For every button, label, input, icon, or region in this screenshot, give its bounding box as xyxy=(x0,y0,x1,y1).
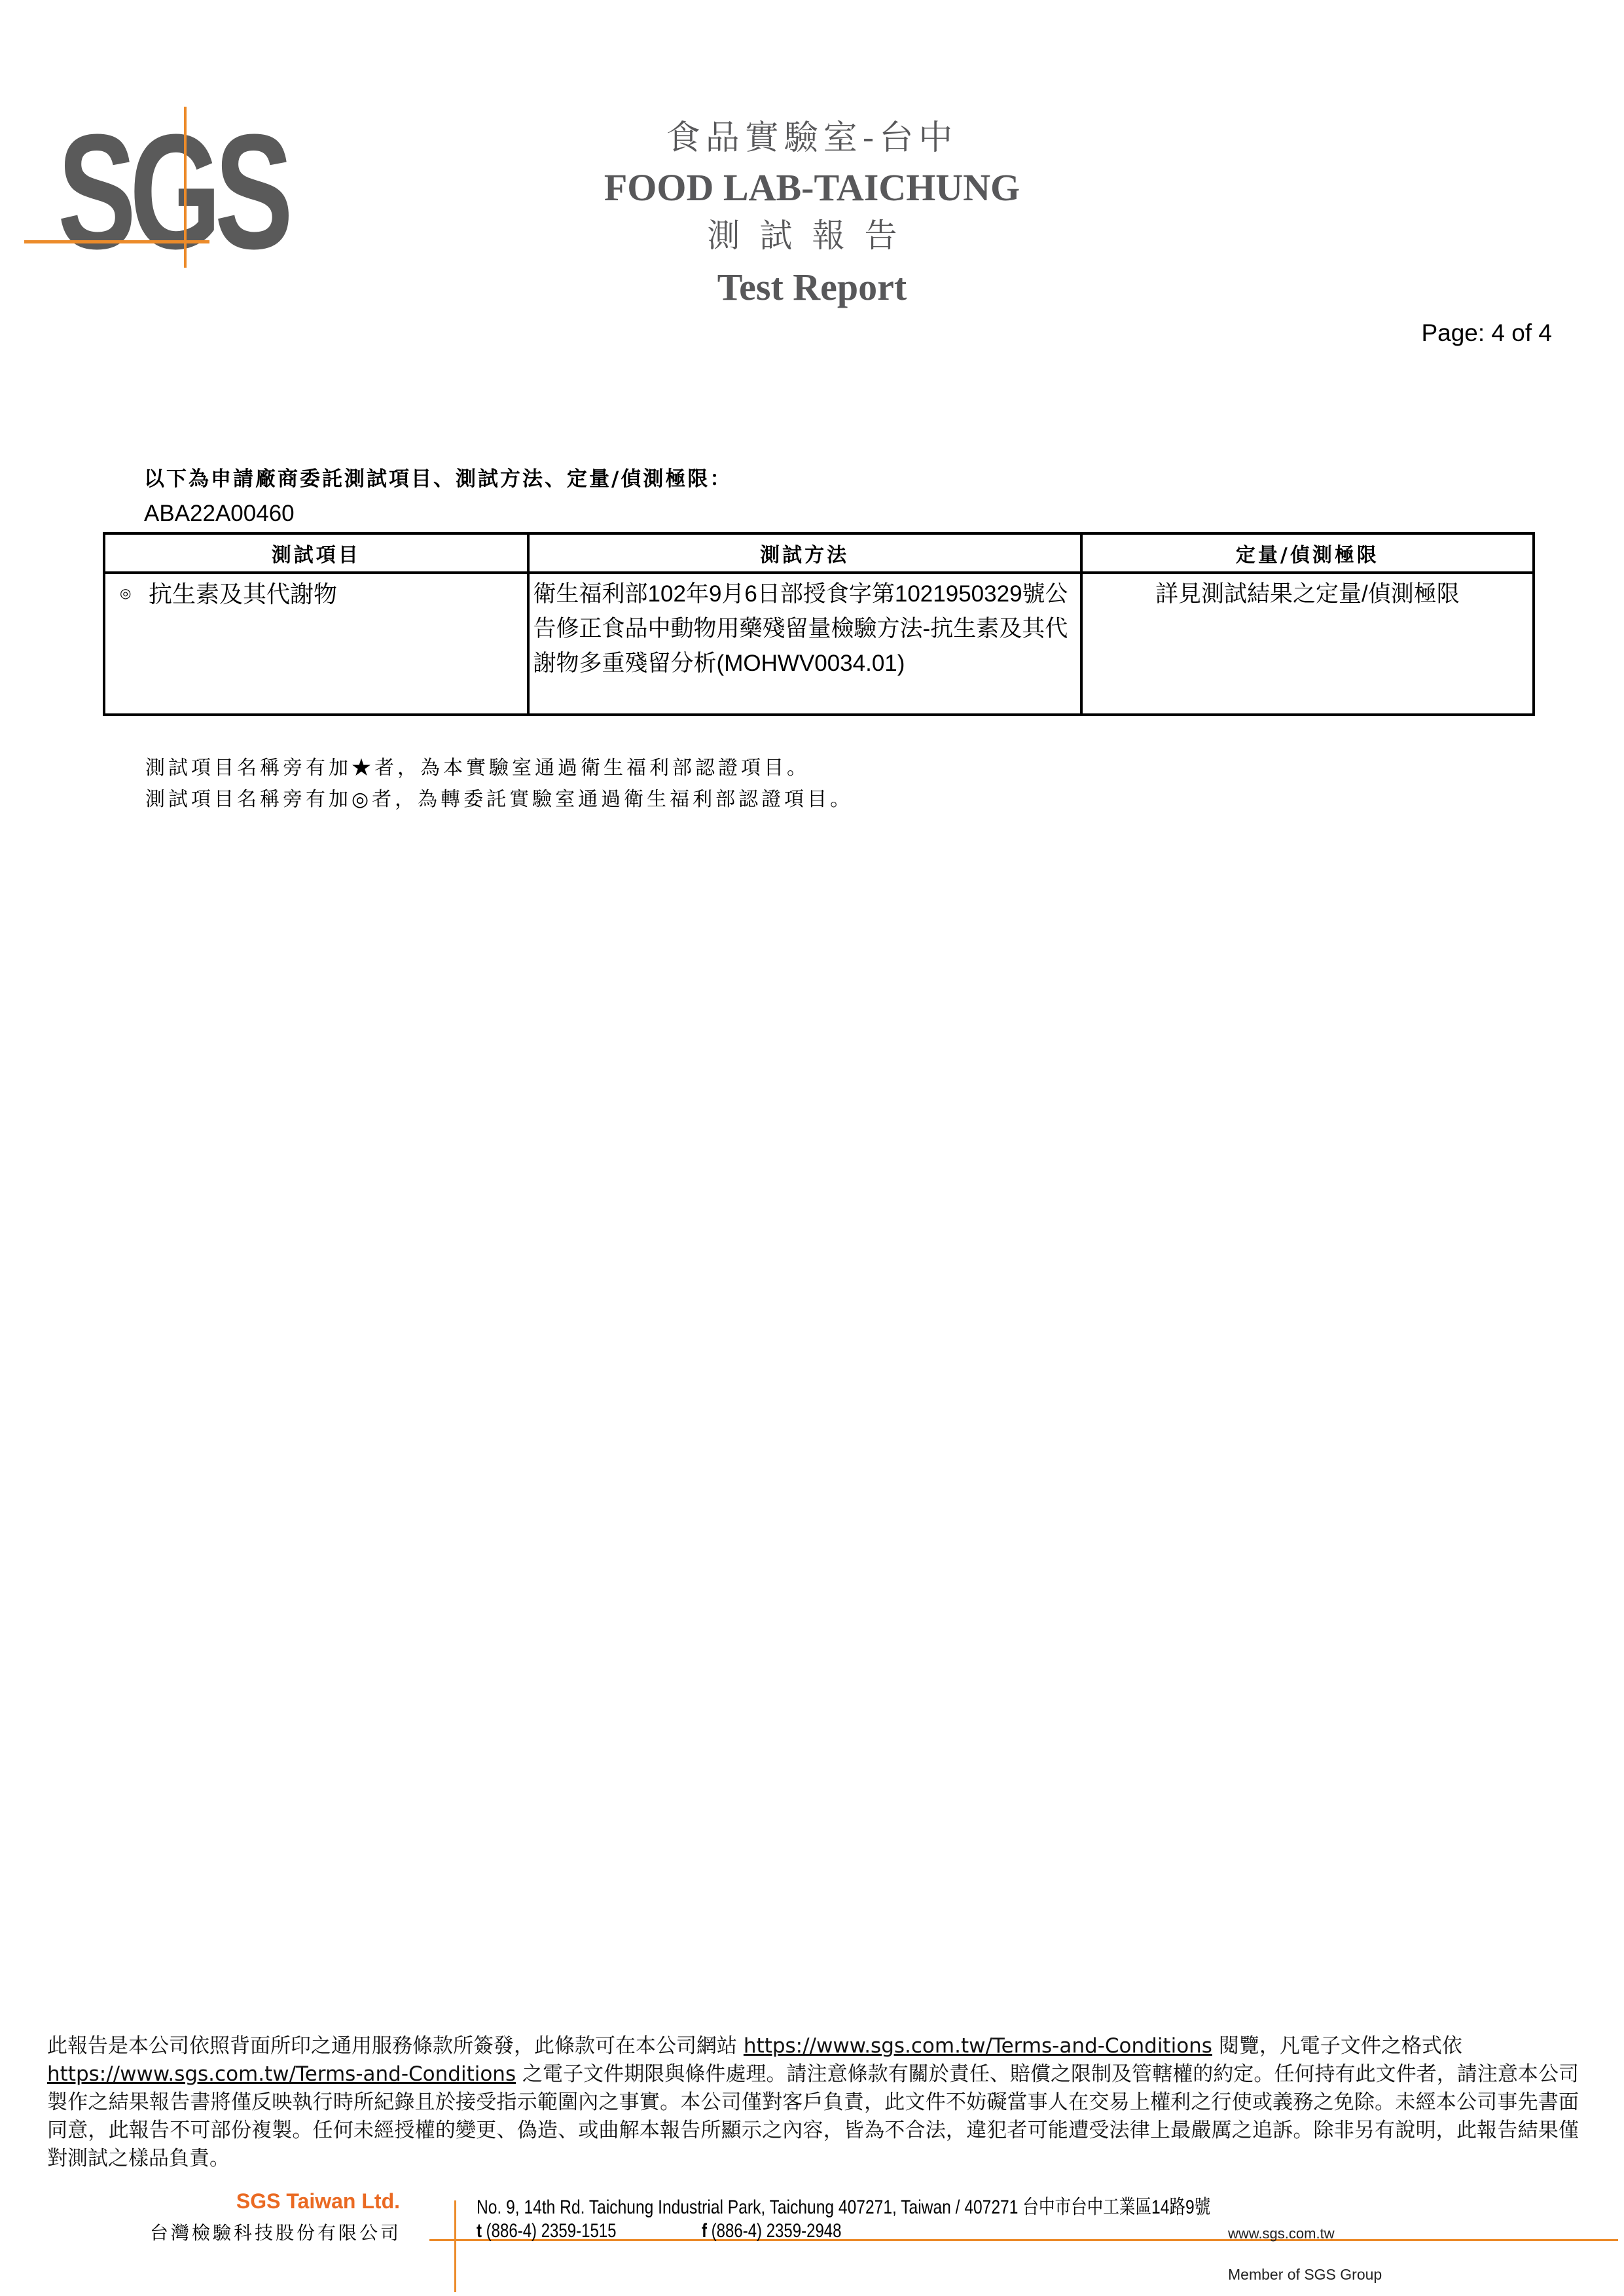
lab-title-chinese: 食品實驗室-台中 xyxy=(0,121,1624,155)
phone-label: t xyxy=(477,2220,482,2242)
test-item-cell: ◎抗生素及其代謝物 xyxy=(104,573,528,715)
column-header-limit: 定量/偵測極限 xyxy=(1081,533,1534,573)
lab-title-english: FOOD LAB-TAICHUNG xyxy=(0,169,1624,207)
footer-vertical-rule xyxy=(454,2200,456,2292)
page-number: Page: 4 of 4 xyxy=(1421,319,1552,347)
terms-link[interactable]: https://www.sgs.com.tw/Terms-and-Conditi… xyxy=(744,2034,1212,2058)
report-title-chinese: 測試報告 xyxy=(0,219,1624,252)
company-name-english: SGS Taiwan Ltd. xyxy=(236,2189,400,2214)
column-header-test-item: 測試項目 xyxy=(104,533,528,573)
note-star-accreditation: 測試項目名稱旁有加★者，為本實驗室通過衛生福利部認證項目。 xyxy=(145,751,810,780)
report-title-english: Test Report xyxy=(0,268,1624,306)
phone-value: (886-4) 2359-1515 xyxy=(486,2220,617,2242)
legal-disclaimer: 此報告是本公司依照背面所印之通用服務條款所簽發，此條款可在本公司網站 https… xyxy=(47,2032,1579,2173)
test-items-table: 測試項目 測試方法 定量/偵測極限 ◎抗生素及其代謝物 衛生福利部102年9月6… xyxy=(103,532,1535,716)
fax-value: (886-4) 2359-2948 xyxy=(712,2220,842,2242)
disclaimer-text: 此報告是本公司依照背面所印之通用服務條款所簽發，此條款可在本公司網站 xyxy=(47,2034,744,2058)
company-address: No. 9, 14th Rd. Taichung Industrial Park… xyxy=(477,2191,1210,2219)
website: www.sgs.com.tw xyxy=(1228,2225,1335,2242)
phone-number: t (886-4) 2359-1515 xyxy=(477,2220,616,2242)
note-subcontract-accreditation: 測試項目名稱旁有加◎者，為轉委託實驗室通過衛生福利部認證項目。 xyxy=(145,783,853,812)
limit-cell: 詳見測試結果之定量/偵測極限 xyxy=(1081,573,1534,715)
fax-number: f (886-4) 2359-2948 xyxy=(702,2220,841,2242)
column-header-test-method: 測試方法 xyxy=(528,533,1081,573)
company-name-chinese: 台灣檢驗科技股份有限公司 xyxy=(150,2219,401,2245)
section-heading: 以下為申請廠商委託測試項目、測試方法、定量/偵測極限： xyxy=(144,462,732,492)
test-item-name: 抗生素及其代謝物 xyxy=(149,581,337,607)
table-header-row: 測試項目 測試方法 定量/偵測極限 xyxy=(104,533,1534,573)
fax-label: f xyxy=(702,2220,707,2242)
terms-link[interactable]: https://www.sgs.com.tw/Terms-and-Conditi… xyxy=(47,2062,516,2086)
report-number: ABA22A00460 xyxy=(144,501,295,527)
double-circle-icon: ◎ xyxy=(109,577,149,611)
member-of-group: Member of SGS Group xyxy=(1228,2266,1382,2284)
table-row: ◎抗生素及其代謝物 衛生福利部102年9月6日部授食字第1021950329號公… xyxy=(104,573,1534,715)
disclaimer-text: 閱覽，凡電子文件之格式依 xyxy=(1212,2034,1462,2058)
test-method-cell: 衛生福利部102年9月6日部授食字第1021950329號公告修正食品中動物用藥… xyxy=(528,573,1081,715)
